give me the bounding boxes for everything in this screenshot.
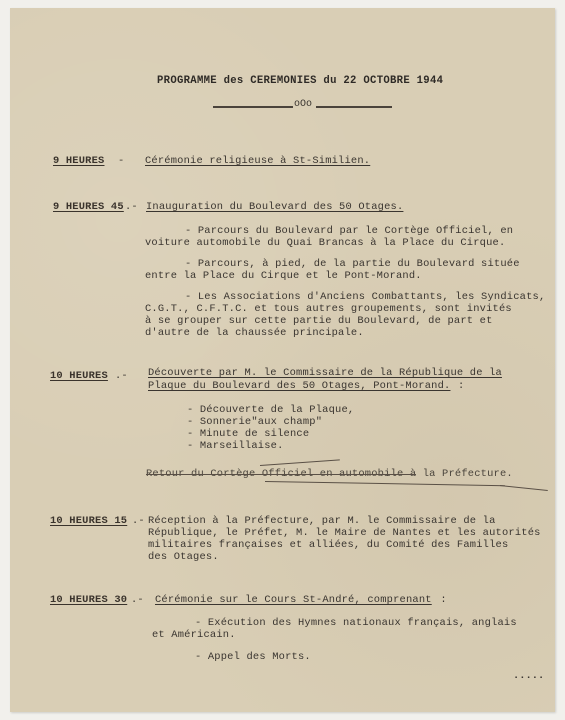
section-dash: - xyxy=(118,155,124,167)
section-heading: Inauguration du Boulevard des 50 Otages. xyxy=(146,201,403,213)
section-heading: Plaque du Boulevard des 50 Otages, Pont-… xyxy=(148,380,450,392)
section-time: 9 HEURES xyxy=(53,155,104,167)
section-time: 10 HEURES 30 xyxy=(50,594,127,606)
separator-line-left xyxy=(213,106,293,108)
section-heading-suffix: : xyxy=(458,380,464,392)
item-line: à se grouper sur cette partie du Bouleva… xyxy=(145,315,493,327)
list-item: - Minute de silence xyxy=(187,428,309,440)
item-line: voiture automobile du Quai Brancas à la … xyxy=(145,237,505,249)
item-line: entre la Place du Cirque et le Pont-Mora… xyxy=(145,270,422,282)
item-line: - Parcours du Boulevard par le Cortège O… xyxy=(185,225,513,237)
continuation-mark: ..... xyxy=(513,670,544,682)
item-line: - Les Associations d'Anciens Combattants… xyxy=(185,291,545,303)
section-line: Réception à la Préfecture, par M. le Com… xyxy=(148,515,496,527)
item-line: et Américain. xyxy=(152,629,236,641)
section-heading-suffix: : xyxy=(434,594,447,606)
separator-line-right xyxy=(316,106,392,108)
item-line: C.G.T., C.F.T.C. et tous autres groupeme… xyxy=(145,303,512,315)
section-heading: Cérémonie religieuse à St-Similien. xyxy=(145,155,370,167)
list-item: - Découverte de la Plaque, xyxy=(187,404,354,416)
strikethrough-mark xyxy=(146,474,416,475)
section-time: 10 HEURES xyxy=(50,370,108,382)
item-line: - Appel des Morts. xyxy=(195,651,311,663)
section-line: République, le Préfet, M. le Maire de Na… xyxy=(148,527,541,539)
section-line: militaires françaises et alliées, du Com… xyxy=(148,539,508,551)
item-line: d'autre de la chaussée principale. xyxy=(145,327,364,339)
separator-mark: oOo xyxy=(294,99,312,110)
item-line: - Parcours, à pied, de la partie du Boul… xyxy=(185,258,520,270)
section-time: 10 HEURES 15 xyxy=(50,515,127,527)
section-dash: .- xyxy=(131,594,144,606)
list-item: - Marseillaise. xyxy=(187,440,284,452)
section-dash: .- xyxy=(115,370,128,382)
section-dash: .- xyxy=(125,201,138,213)
list-item: - Sonnerie"aux champ" xyxy=(187,416,322,428)
section-heading: Découverte par M. le Commissaire de la R… xyxy=(148,367,502,379)
document-title: PROGRAMME des CEREMONIES du 22 OCTOBRE 1… xyxy=(157,75,443,87)
section-heading: Cérémonie sur le Cours St-André, compren… xyxy=(155,594,432,606)
section-time: 9 HEURES 45 xyxy=(53,201,124,213)
section-dash: .- xyxy=(132,515,145,527)
section-line: des Otages. xyxy=(148,551,219,563)
item-line: - Exécution des Hymnes nationaux françai… xyxy=(195,617,517,629)
